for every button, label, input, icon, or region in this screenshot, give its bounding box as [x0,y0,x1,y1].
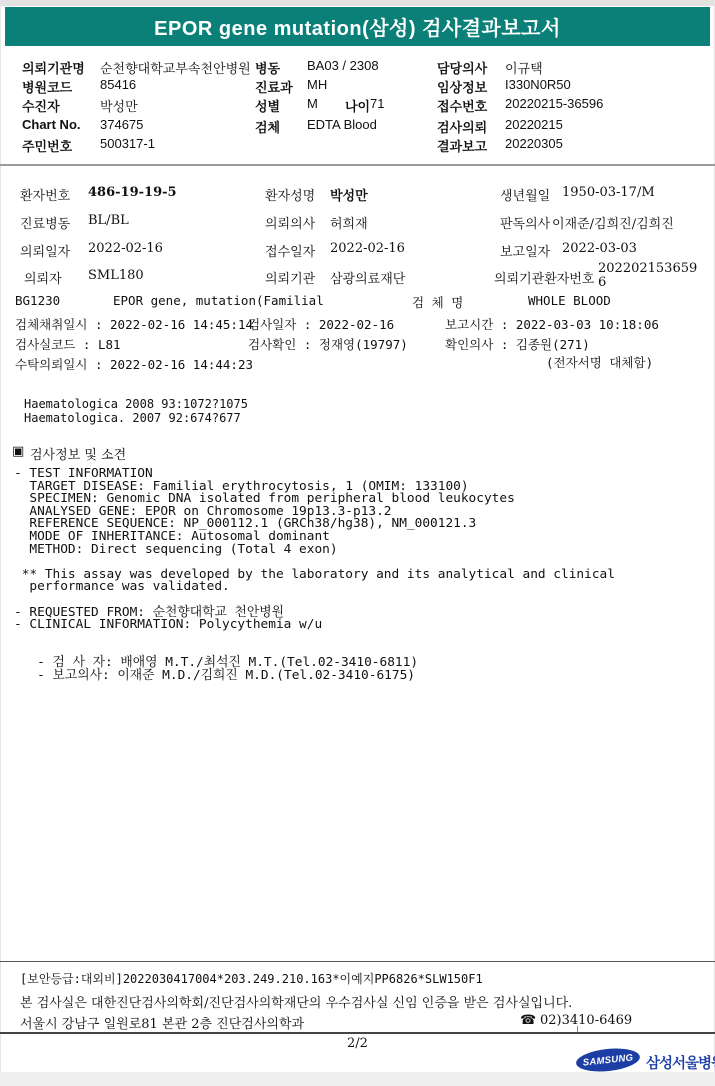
hospital-logo-text: 삼성서울병원 [646,1052,715,1073]
value-specimen-type: EDTA Blood [307,117,377,132]
label-requester: 의뢰자 [24,268,62,287]
value-result-report-date: 20220305 [505,136,563,151]
test-date: 검사일자 : 2022-02-16 [248,315,394,333]
value-institution-patient-no: 2022021536596 [598,262,699,290]
label-department: 진료과 [255,77,293,96]
value-receipt-date: 2022-02-16 [330,241,405,256]
value-hospital-code: 85416 [100,77,136,92]
value-care-ward: BL/BL [88,213,129,228]
accreditation-statement: 본 검사실은 대한진단검사의학회/진단검사의학재단의 우수검사실 신임 인증을 … [20,992,572,1011]
samsung-wordmark: SAMSUNG [582,1052,634,1068]
value-ward: BA03 / 2308 [307,58,379,73]
header-divider [0,164,715,166]
value-test-request-date: 20220215 [505,117,563,132]
test-code: BG1230 [15,293,60,308]
label-specimen-type: 검체 [255,117,280,136]
value-resident-no: 500317-1 [100,136,155,151]
footer-divider-top [0,961,715,962]
label-clinical-info: 임상정보 [437,77,487,96]
label-patient-no: 환자번호 [20,185,70,204]
label-chart-no: Chart No. [22,117,81,132]
label-report-date: 보고일자 [500,241,550,260]
value-requesting-institution: 삼광의료재단 [330,268,405,287]
value-report-date: 2022-03-03 [562,241,637,256]
value-patient-no: 486-19-19-5 [88,185,177,200]
phone-icon: ☎ [520,1013,536,1028]
value-patient-name: 박성만 [330,185,368,204]
label-patient-name: 환자성명 [265,185,315,204]
referral-datetime: 수탁의뢰일시 : 2022-02-16 14:44:23 [15,355,253,373]
value-requesting-org: 순천향대학교부속천안병원 [100,58,251,77]
value-chart-no: 374675 [100,117,143,132]
esignature-note: (전자서명 대체함) [546,353,653,371]
value-requester: SML180 [88,268,144,283]
label-specimen-name: 검 체 명 [412,293,463,311]
collection-datetime: 검체채취일시 : 2022-02-16 14:45:14 [15,315,253,333]
label-care-ward: 진료병동 [20,213,70,232]
report-page: { "title": "EPOR gene mutation(삼성) 검사결과보… [0,0,715,1086]
label-institution-patient-no: 의뢰기관환자번호 [494,268,594,287]
value-age: 71 [370,96,384,111]
label-birth-date: 생년월일 [500,185,550,204]
label-result-report-date: 결과보고 [437,136,487,155]
value-referring-doctor: 허희재 [330,213,368,232]
section-title-findings: 검사정보 및 소견 [30,444,126,463]
lab-address: 서울시 강남구 일원로81 본관 2층 진단검사의학과 [20,1013,304,1032]
security-classification-line: [보안등급:대외비]2022030417004*203.249.210.163*… [20,970,483,987]
report-title: EPOR gene mutation(삼성) 검사결과보고서 [154,12,561,41]
confirming-doctor: 확인의사 : 김종원(271) [445,335,590,353]
value-clinical-info: I330N0R50 [505,77,571,92]
findings-body: - TEST INFORMATION TARGET DISEASE: Famil… [14,468,615,682]
label-requesting-institution: 의뢰기관 [265,268,315,287]
label-attending-doctor: 담당의사 [437,58,487,77]
test-name: EPOR gene, mutation(Familial [113,293,324,308]
label-resident-no: 주민번호 [22,136,72,155]
value-department: MH [307,77,327,92]
label-receipt-no: 접수번호 [437,96,487,115]
divider-tick-mark [577,1026,578,1032]
top-edge-strip [0,0,715,6]
value-attending-doctor: 이규택 [505,58,543,77]
label-receipt-date: 접수일자 [265,241,315,260]
value-request-date: 2022-02-16 [88,241,163,256]
report-title-band: EPOR gene mutation(삼성) 검사결과보고서 [5,7,710,46]
label-request-date: 의뢰일자 [20,241,70,260]
label-hospital-code: 병원코드 [22,77,72,96]
left-edge [0,0,1,1086]
label-requesting-org: 의뢰기관명 [22,58,85,77]
value-reading-doctor: 이재준/김희진/김희진 [552,213,674,232]
reference-citations: Haematologica 2008 93:1072?1075 Haematol… [24,398,248,425]
lab-code: 검사실코드 : L81 [15,335,121,353]
label-age: 나이 [345,96,370,115]
value-receipt-no: 20220215-36596 [505,96,603,111]
lab-phone-number: 02)3410-6469 [540,1013,632,1028]
label-ward: 병동 [255,58,280,77]
label-sex: 성별 [255,96,280,115]
label-referring-doctor: 의뢰의사 [265,213,315,232]
test-verifier: 검사확인 : 정재영(19797) [248,335,408,353]
value-birth-date: 1950-03-17/M [562,185,655,200]
value-specimen-name: WHOLE BLOOD [528,293,611,308]
label-test-request-date: 검사의뢰 [437,117,487,136]
section-marker-icon: ▣ [12,444,24,459]
value-sex: M [307,96,318,111]
label-reading-doctor: 판독의사 [500,213,550,232]
report-time: 보고시간 : 2022-03-03 10:18:06 [445,315,659,333]
footer-divider-bottom [0,1032,715,1034]
bottom-edge-strip [0,1072,715,1086]
value-examinee: 박성만 [100,96,138,115]
label-examinee: 수진자 [22,96,60,115]
